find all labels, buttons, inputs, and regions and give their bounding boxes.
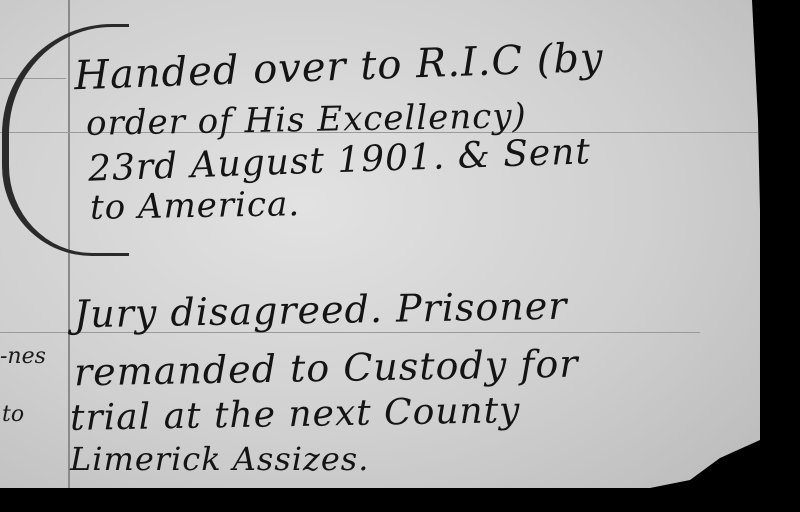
document-page: Handed over to R.I.C (by order of His Ex…	[0, 0, 760, 512]
entry2-line1: Jury disagreed. Prisoner	[74, 284, 568, 337]
entry2-line4: Limerick Assizes.	[70, 440, 369, 478]
entry1-line1: Handed over to R.I.C (by	[73, 35, 604, 99]
entry1-line4: to America.	[90, 184, 301, 228]
margin-fragment: to	[2, 402, 24, 427]
entry2-line3: trial at the next County	[70, 390, 521, 439]
margin-fragment: -nes	[0, 344, 46, 369]
entry2-line2: remanded to Custody for	[74, 342, 579, 395]
